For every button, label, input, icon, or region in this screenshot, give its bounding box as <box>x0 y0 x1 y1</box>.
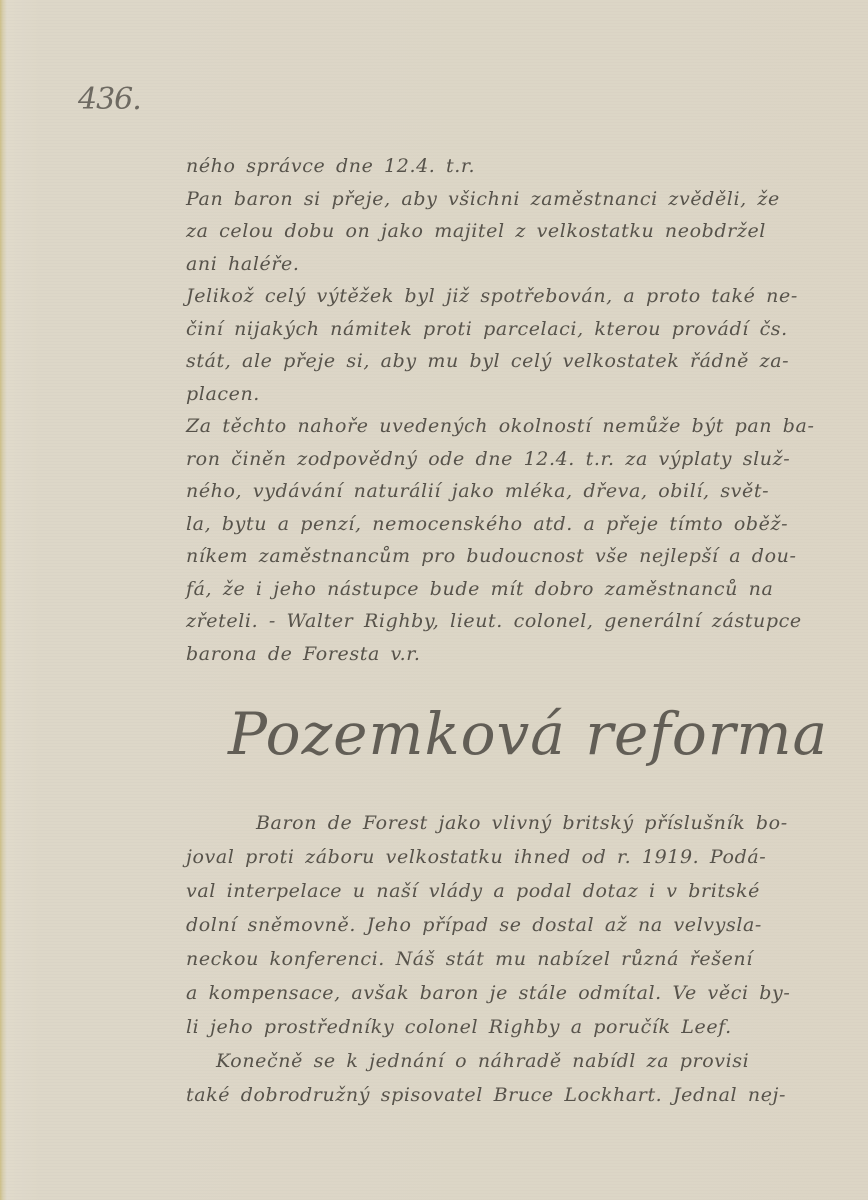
text-line: stát, ale přeje si, aby mu byl celý velk… <box>186 345 856 378</box>
text-line: ného, vydávání naturálií jako mléka, dře… <box>186 475 856 508</box>
text-line: Konečně se k jednání o náhradě nabídl za… <box>186 1044 856 1078</box>
text-line: li jeho prostředníky colonel Righby a po… <box>186 1010 856 1044</box>
text-line: níkem zaměstnancům pro budoucnost vše ne… <box>186 540 856 573</box>
text-line: Baron de Forest jako vlivný britský přís… <box>186 806 856 840</box>
text-line: činí nijakých námitek proti parcelaci, k… <box>186 313 856 346</box>
text-line: val interpelace u naší vlády a podal dot… <box>186 874 856 908</box>
text-line: neckou konferenci. Náš stát mu nabízel r… <box>186 942 856 976</box>
paragraph-2: Baron de Forest jako vlivný britský přís… <box>186 806 856 1112</box>
text-line: také dobrodružný spisovatel Bruce Lockha… <box>186 1078 856 1112</box>
text-line: za celou dobu on jako majitel z velkosta… <box>186 215 856 248</box>
text-line: Za těchto nahoře uvedených okolností nem… <box>186 410 856 443</box>
text-line: Jelikož celý výtěžek byl již spotřebován… <box>186 280 856 313</box>
text-line: ron činěn zodpovědný ode dne 12.4. t.r. … <box>186 443 856 476</box>
text-line: barona de Foresta v.r. <box>186 638 856 671</box>
paragraph-1: ného správce dne 12.4. t.r. Pan baron si… <box>186 150 856 670</box>
text-line: Pan baron si přeje, aby všichni zaměstna… <box>186 183 856 216</box>
text-line: la, bytu a penzí, nemocenského atd. a př… <box>186 508 856 541</box>
section-heading: Pozemková reforma <box>228 700 828 768</box>
text-line: ného správce dne 12.4. t.r. <box>186 150 856 183</box>
text-line: ani haléře. <box>186 248 856 281</box>
text-line: a kompensace, avšak baron je stále odmít… <box>186 976 856 1010</box>
text-line: placen. <box>186 378 856 411</box>
text-line: joval proti záboru velkostatku ihned od … <box>186 840 856 874</box>
page-number: 436. <box>78 82 141 117</box>
manuscript-page: 436. ného správce dne 12.4. t.r. Pan bar… <box>0 0 868 1200</box>
text-line: zřeteli. - Walter Righby, lieut. colonel… <box>186 605 856 638</box>
text-line: fá, že i jeho nástupce bude mít dobro za… <box>186 573 856 606</box>
text-line: dolní sněmovně. Jeho případ se dostal až… <box>186 908 856 942</box>
